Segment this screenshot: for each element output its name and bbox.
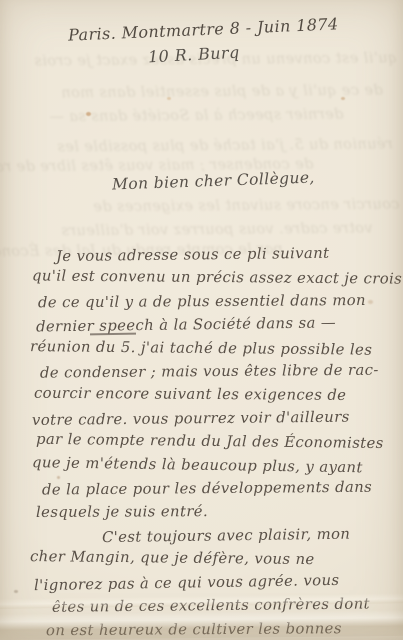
foxing-spot	[167, 97, 171, 100]
letter-body-line: courcir encore suivant les exigences de	[34, 382, 399, 408]
letter-body-line: C'est toujours avec plaisir, mon	[102, 522, 399, 550]
showthrough-line: de ce qu'il y a de plus essentiel dans m…	[61, 83, 383, 102]
handwritten-letter-photo: qu'il est convenu un précis assez exact …	[0, 0, 403, 640]
letter-body-line: de condenser ; mais vous êtes libre de r…	[40, 358, 399, 385]
letter-place-date: Paris. Montmartre 8 - Juin 1874	[68, 14, 339, 44]
showthrough-line: réunion du 5. j'ai taché de plus possibl…	[57, 137, 393, 156]
letter-body-line: réunion du 5. j'ai taché de plus possibl…	[30, 335, 399, 362]
letter-body: Je vous adresse sous ce pli suivant qu'i…	[30, 243, 399, 640]
showthrough-line: courcir encore suivant les exigences de	[93, 197, 400, 216]
foxing-spot	[86, 112, 91, 116]
letter-address: 10 R. Burq	[148, 43, 240, 67]
letter-body-line: qu'il est convenu un précis assez exact …	[32, 265, 399, 292]
letter-body-line: lesquels je suis entré.	[36, 500, 399, 525]
showthrough-line: votre cadre. vous pourrez voir d'ailleur…	[61, 221, 373, 240]
foxing-spot	[14, 590, 18, 593]
letter-salutation: Mon bien cher Collègue,	[112, 168, 315, 193]
foxing-spot	[341, 97, 345, 100]
paper-fold-crease	[0, 610, 403, 640]
letter-body-line: de la place pour les développements dans	[42, 476, 399, 503]
showthrough-line: dernier speech à la Société dans sa —	[49, 107, 343, 126]
